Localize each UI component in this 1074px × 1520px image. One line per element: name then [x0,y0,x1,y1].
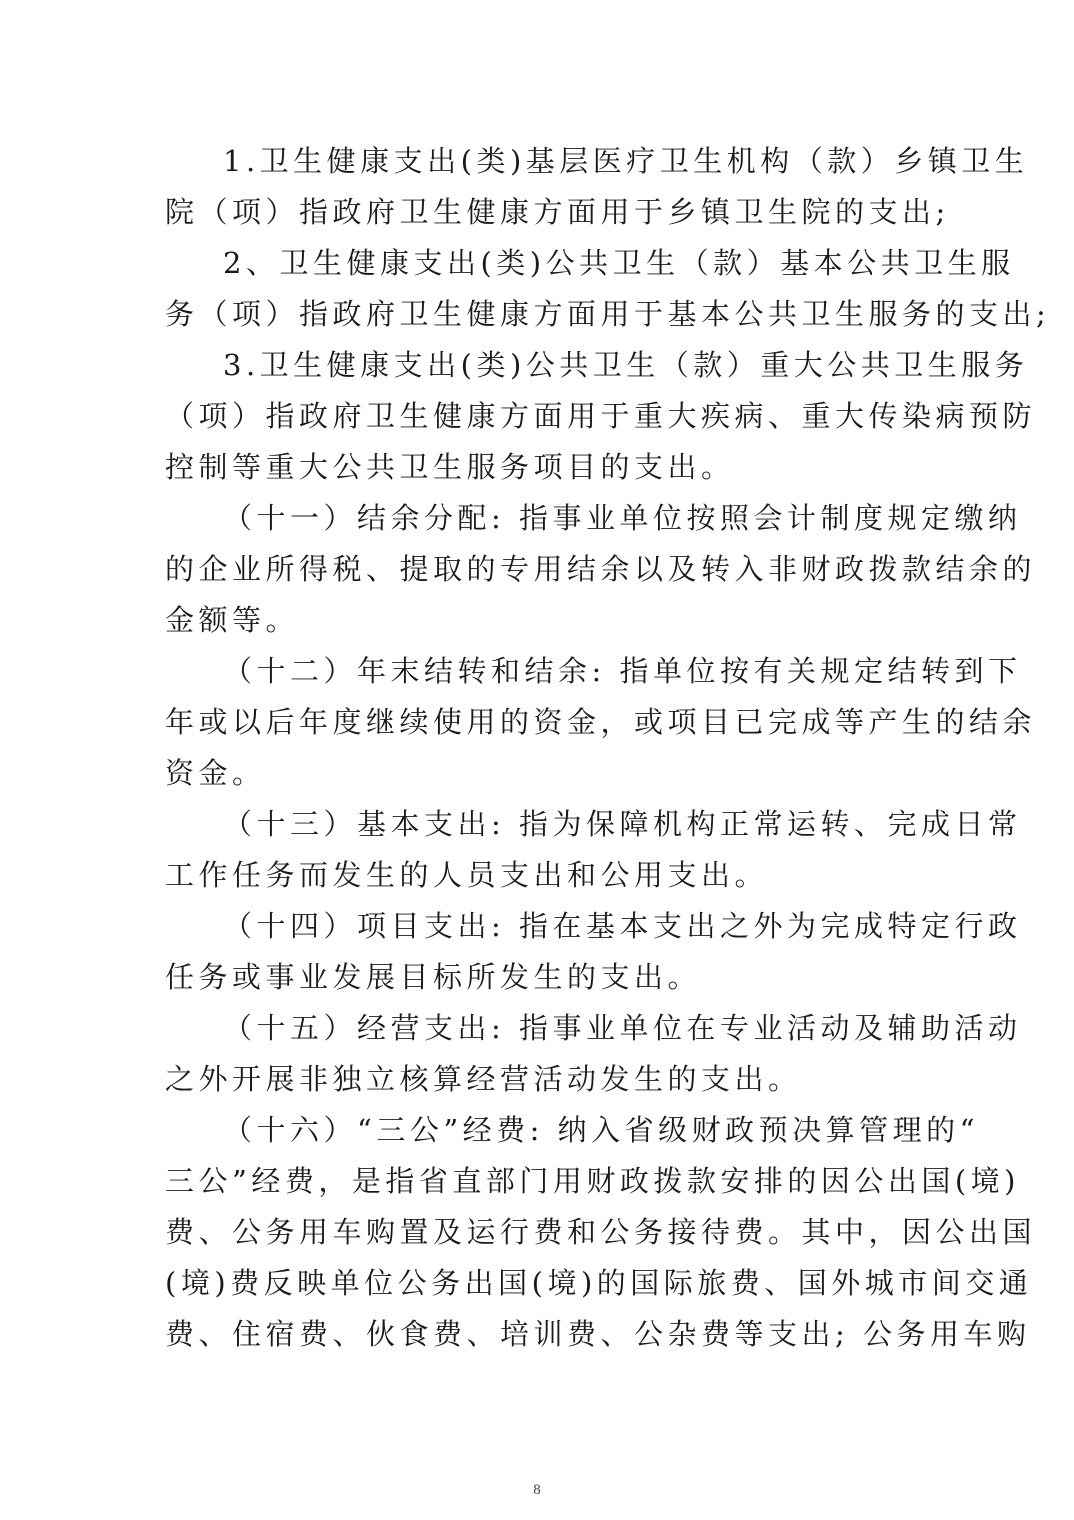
text-line: 院（项）指政府卫生健康方面用于乡镇卫生院的支出; [165,187,950,237]
text-line: 3.卫生健康支出(类)公共卫生（款）重大公共卫生服务 [223,340,1028,390]
text-line: 控制等重大公共卫生服务项目的支出。 [165,442,735,492]
text-line: 费、住宿费、伙食费、培训费、公杂费等支出; 公务用车购 [165,1309,1031,1359]
text-line: （十二）年末结转和结余: 指单位按有关规定结转到下 [223,646,1022,696]
text-line: 三公”经费，是指省直部门用财政拨款安排的因公出国(境) [165,1156,1020,1206]
text-line: 务（项）指政府卫生健康方面用于基本公共卫生服务的支出; [165,289,1050,339]
text-line: 2、卫生健康支出(类)公共卫生（款）基本公共卫生服 [223,238,1015,288]
text-line: 费、公务用车购置及运行费和公务接待费。其中，因公出国 [165,1207,1036,1257]
text-line: （十一）结余分配: 指事业单位按照会计制度规定缴纳 [223,493,1022,543]
text-line: （项）指政府卫生健康方面用于重大疾病、重大传染病预防 [165,391,1036,441]
text-line: 任务或事业发展目标所发生的支出。 [165,952,701,1002]
text-line: 1.卫生健康支出(类)基层医疗卫生机构（款）乡镇卫生 [223,136,1028,186]
text-line: 金额等。 [165,595,299,645]
text-line: 的企业所得税、提取的专用结余以及转入非财政拨款结余的 [165,544,1036,594]
text-line: （十四）项目支出: 指在基本支出之外为完成特定行政 [223,901,1022,951]
text-line: (境)费反映单位公务出国(境)的国际旅费、国外城市间交通 [165,1258,1032,1308]
text-line: （十六）“三公”经费: 纳入省级财政预决算管理的“ [223,1105,979,1155]
text-line: （十五）经营支出: 指事业单位在专业活动及辅助活动 [223,1003,1022,1053]
text-line: （十三）基本支出: 指为保障机构正常运转、完成日常 [223,799,1022,849]
text-line: 之外开展非独立核算经营活动发生的支出。 [165,1054,802,1104]
text-line: 工作任务而发生的人员支出和公用支出。 [165,850,768,900]
text-line: 年或以后年度继续使用的资金，或项目已完成等产生的结余 [165,697,1036,747]
page-number: 8 [0,1482,1074,1499]
text-line: 资金。 [165,748,266,798]
